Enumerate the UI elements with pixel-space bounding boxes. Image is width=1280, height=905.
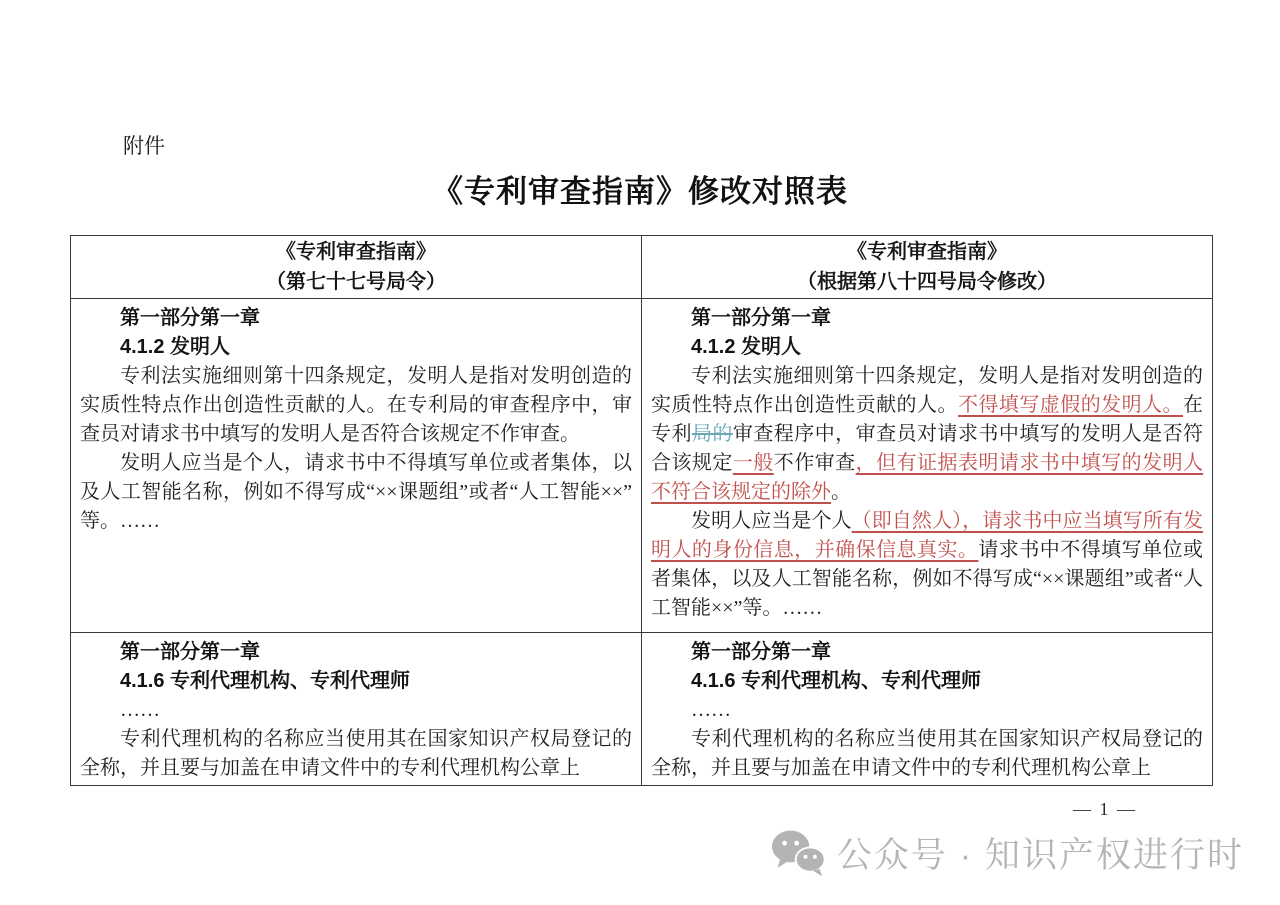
paragraph: 专利代理机构的名称应当使用其在国家知识产权局登记的全称，并且要与加盖在申请文件中… bbox=[651, 725, 1203, 783]
text-run: 。 bbox=[831, 481, 851, 503]
paragraph: 专利代理机构的名称应当使用其在国家知识产权局登记的全称，并且要与加盖在申请文件中… bbox=[80, 725, 632, 783]
text-run: 专利法实施细则第十四条规定，发明人是指对发明创造的实质性特点作出创造性贡献的人。… bbox=[80, 365, 632, 445]
header-line-order: （根据第八十四号局令修改） bbox=[642, 267, 1212, 297]
section-heading: 4.1.2 发明人 bbox=[651, 333, 1203, 362]
page-number: — 1 — bbox=[1040, 799, 1170, 820]
section-heading: 第一部分第一章 bbox=[80, 304, 632, 333]
table-row-agency: 第一部分第一章4.1.6 专利代理机构、专利代理师……专利代理机构的名称应当使用… bbox=[71, 633, 1213, 786]
paragraph: 专利法实施细则第十四条规定，发明人是指对发明创造的实质性特点作出创造性贡献的人。… bbox=[80, 362, 632, 449]
table-row-inventor: 第一部分第一章4.1.2 发明人专利法实施细则第十四条规定，发明人是指对发明创造… bbox=[71, 299, 1213, 633]
header-line-order: （第七十七号局令） bbox=[71, 267, 641, 297]
paragraph: 发明人应当是个人，请求书中不得填写单位或者集体，以及人工智能名称，例如不得写成“… bbox=[80, 449, 632, 536]
text-run: 专利代理机构的名称应当使用其在国家知识产权局登记的全称，并且要与加盖在申请文件中… bbox=[80, 728, 632, 779]
comparison-table: 《专利审查指南》 （第七十七号局令） 《专利审查指南》 （根据第八十四号局令修改… bbox=[70, 235, 1213, 786]
cell-old-inventor: 第一部分第一章4.1.2 发明人专利法实施细则第十四条规定，发明人是指对发明创造… bbox=[71, 299, 642, 633]
added-text: 不得填写虚假的发明人。 bbox=[958, 394, 1183, 416]
cell-old-agency: 第一部分第一章4.1.6 专利代理机构、专利代理师……专利代理机构的名称应当使用… bbox=[71, 633, 642, 786]
column-header-new-version: 《专利审查指南》 （根据第八十四号局令修改） bbox=[642, 236, 1213, 299]
column-header-old-version: 《专利审查指南》 （第七十七号局令） bbox=[71, 236, 642, 299]
section-heading: 第一部分第一章 bbox=[80, 638, 632, 667]
wechat-icon bbox=[771, 828, 827, 878]
header-line-title: 《专利审查指南》 bbox=[642, 237, 1212, 267]
attachment-label: 附件 bbox=[123, 130, 165, 160]
text-run: 专利代理机构的名称应当使用其在国家知识产权局登记的全称，并且要与加盖在申请文件中… bbox=[651, 728, 1203, 779]
cell-new-agency: 第一部分第一章4.1.6 专利代理机构、专利代理师……专利代理机构的名称应当使用… bbox=[642, 633, 1213, 786]
section-heading: 第一部分第一章 bbox=[651, 304, 1203, 333]
section-heading: 4.1.2 发明人 bbox=[80, 333, 632, 362]
watermark-text: 公众号 · 知识产权进行时 bbox=[837, 828, 1244, 878]
section-heading: 第一部分第一章 bbox=[651, 638, 1203, 667]
section-heading: 4.1.6 专利代理机构、专利代理师 bbox=[651, 667, 1203, 696]
watermark: 公众号 · 知识产权进行时 bbox=[771, 828, 1244, 878]
added-text: 一般 bbox=[733, 452, 774, 474]
deleted-text: 局的 bbox=[692, 423, 733, 445]
table-header-row: 《专利审查指南》 （第七十七号局令） 《专利审查指南》 （根据第八十四号局令修改… bbox=[71, 236, 1213, 299]
text-run: 发明人应当是个人 bbox=[691, 510, 852, 532]
paragraph: 专利法实施细则第十四条规定，发明人是指对发明创造的实质性特点作出创造性贡献的人。… bbox=[651, 362, 1203, 507]
paragraph: …… bbox=[651, 696, 1203, 725]
text-run: 不作审查 bbox=[774, 452, 856, 474]
section-heading: 4.1.6 专利代理机构、专利代理师 bbox=[80, 667, 632, 696]
paragraph: 发明人应当是个人（即自然人），请求书中应当填写所有发明人的身份信息，并确保信息真… bbox=[651, 507, 1203, 623]
text-run: …… bbox=[120, 699, 160, 721]
text-run: …… bbox=[691, 699, 731, 721]
header-line-title: 《专利审查指南》 bbox=[71, 237, 641, 267]
paragraph: …… bbox=[80, 696, 632, 725]
cell-new-inventor: 第一部分第一章4.1.2 发明人专利法实施细则第十四条规定，发明人是指对发明创造… bbox=[642, 299, 1213, 633]
text-run: 发明人应当是个人，请求书中不得填写单位或者集体，以及人工智能名称，例如不得写成“… bbox=[80, 452, 632, 532]
document-page: 附件 《专利审查指南》修改对照表 《专利审查指南》 （第七十七号局令） 《专利审… bbox=[0, 0, 1280, 905]
document-title: 《专利审查指南》修改对照表 bbox=[0, 166, 1280, 211]
